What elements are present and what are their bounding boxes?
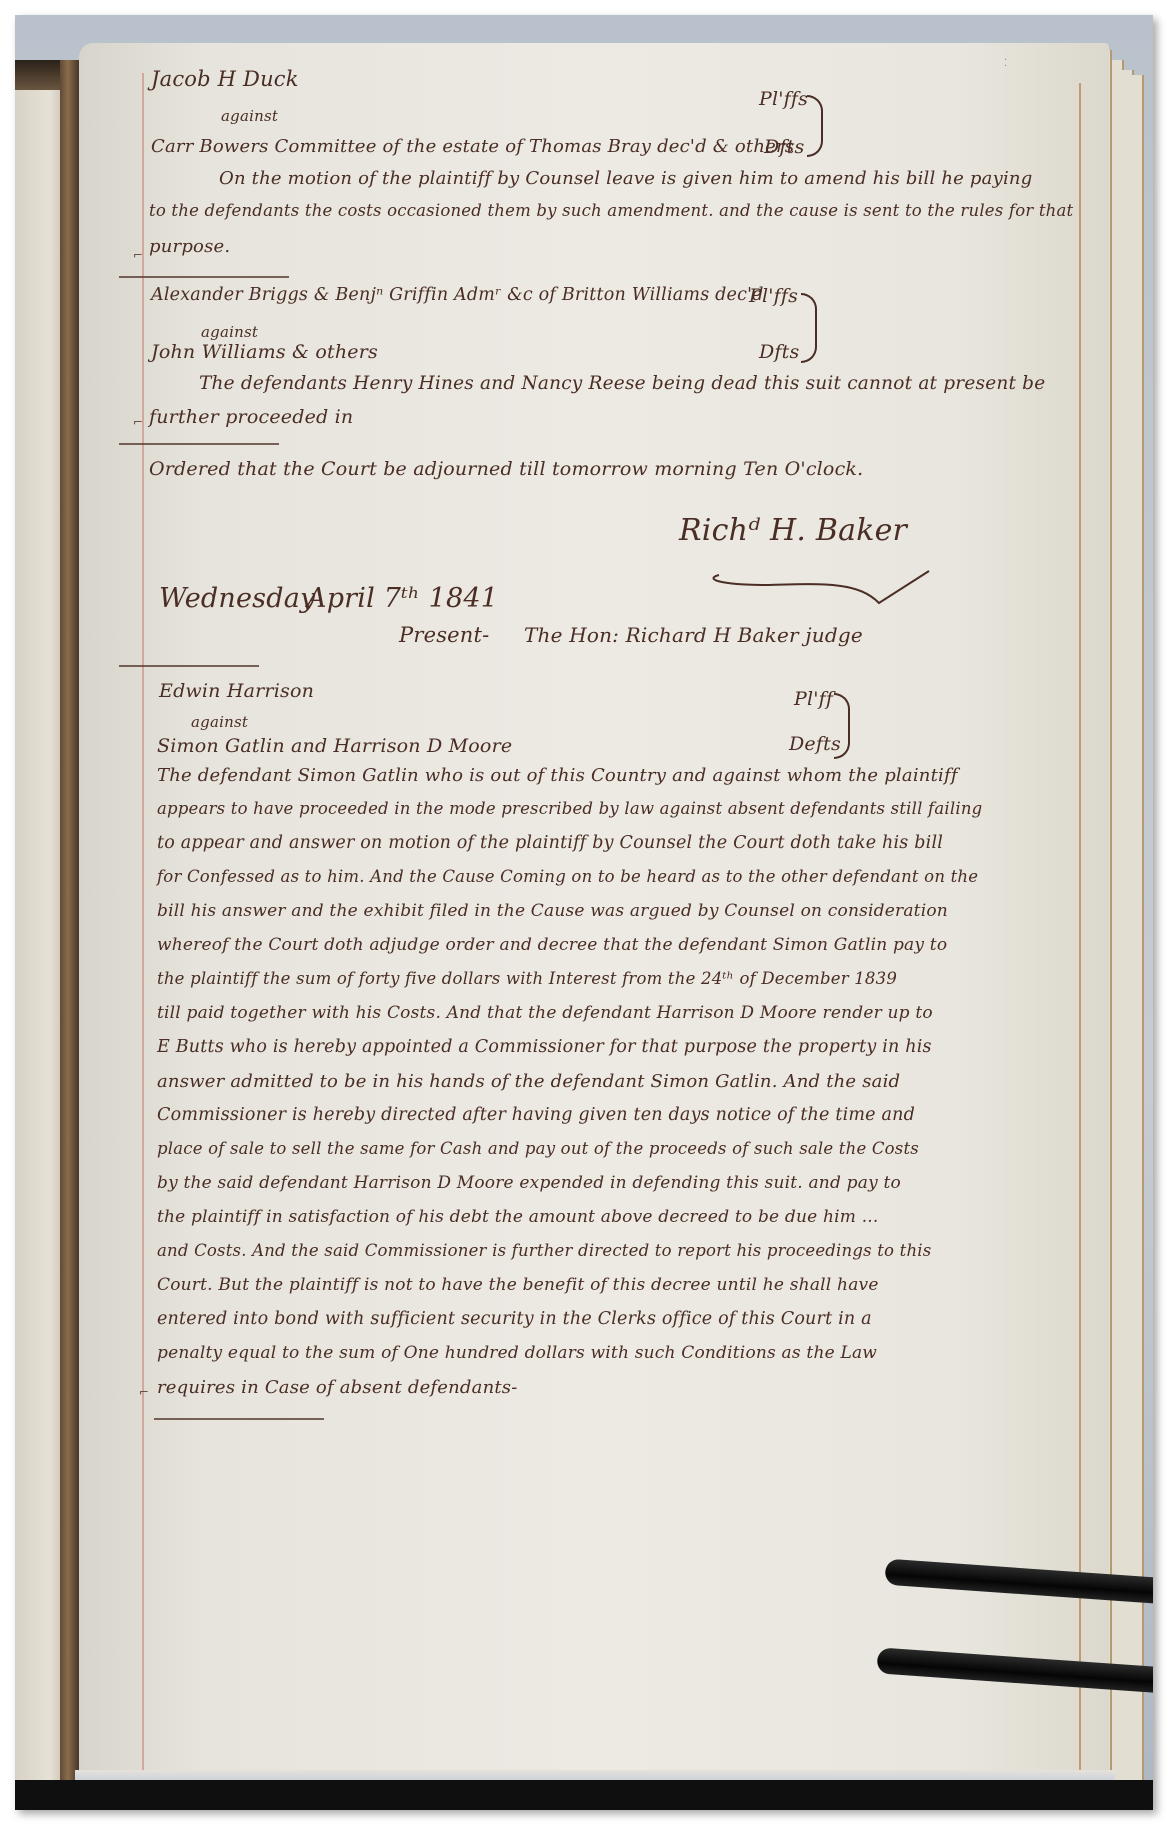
- main-body-line: bill his answer and the exhibit filed in…: [157, 901, 948, 921]
- main-body-line: entered into bond with sufficient securi…: [157, 1309, 872, 1329]
- case2-defendant-label: Dfts: [759, 341, 799, 363]
- case1-plaintiff-label: Pl'ffs: [759, 88, 808, 110]
- case2-body-line: The defendants Henry Hines and Nancy Ree…: [199, 373, 1045, 394]
- main-body-line: by the said defendant Harrison D Moore e…: [157, 1173, 901, 1193]
- main-body-line: the plaintiff in satisfaction of his deb…: [157, 1207, 879, 1227]
- main-body-line: answer admitted to be in his hands of th…: [157, 1071, 900, 1092]
- margin-tick: ⌐: [133, 248, 143, 262]
- main-body-line: E Butts who is hereby appointed a Commis…: [157, 1037, 932, 1057]
- case1-plaintiff: Jacob H Duck: [151, 67, 299, 91]
- ledger-photo: ⁚ Jacob H Duck against Carr Bowers Commi…: [15, 15, 1153, 1810]
- case2-versus: against: [201, 323, 258, 341]
- judge-signature: Richᵈ H. Baker: [679, 513, 907, 548]
- signature-flourish: [709, 563, 999, 608]
- entry-separator: [119, 276, 289, 278]
- main-body-line: The defendant Simon Gatlin who is out of…: [157, 765, 958, 786]
- case1-versus: against: [221, 107, 278, 125]
- case2-defendant: John Williams & others: [151, 341, 378, 363]
- main-defendant: Simon Gatlin and Harrison D Moore: [157, 735, 512, 757]
- case2-plaintiff-label: Pl'ffs: [749, 285, 798, 307]
- main-body-line: penalty equal to the sum of One hundred …: [157, 1343, 877, 1363]
- session-date: April 7ᵗʰ 1841: [307, 583, 498, 614]
- margin-tick: ⌐: [139, 1385, 149, 1399]
- case1-defendant: Carr Bowers Committee of the estate of T…: [151, 136, 794, 157]
- case-brace: [807, 95, 823, 157]
- case-brace: [834, 693, 850, 759]
- facing-page-edge: [15, 75, 65, 1810]
- case1-defendant-label: Dfts: [764, 136, 804, 158]
- page-stack-edge: [1132, 75, 1144, 1805]
- case2-body-line: further proceeded in: [149, 406, 353, 428]
- session-day: Wednesday: [159, 583, 315, 614]
- main-body-line: for Confessed as to him. And the Cause C…: [157, 867, 978, 886]
- case2-plaintiff: Alexander Briggs & Benjⁿ Griffin Admʳ &c…: [151, 285, 764, 305]
- present-judge: The Hon: Richard H Baker judge: [524, 623, 863, 647]
- main-body-line: Commissioner is hereby directed after ha…: [157, 1105, 915, 1125]
- book-spine: [60, 60, 80, 1810]
- main-body-line: the plaintiff the sum of forty five doll…: [157, 969, 897, 988]
- main-body-line: till paid together with his Costs. And t…: [157, 1003, 933, 1023]
- case1-body-line: to the defendants the costs occasioned t…: [149, 201, 1073, 220]
- main-versus: against: [191, 713, 248, 731]
- main-body-line: whereof the Court doth adjudge order and…: [157, 935, 947, 955]
- ledger-page: ⁚ Jacob H Duck against Carr Bowers Commi…: [79, 43, 1109, 1778]
- right-margin-rule: [1079, 83, 1081, 1810]
- main-plaintiff-label: Pl'ff: [794, 688, 833, 710]
- margin-rule: [142, 73, 144, 1810]
- table-surface: [15, 1780, 1153, 1810]
- main-body-line: requires in Case of absent defendants-: [157, 1377, 518, 1398]
- margin-tick: ⌐: [133, 415, 143, 429]
- main-body-line: to appear and answer on motion of the pl…: [157, 833, 943, 853]
- main-body-line: appears to have proceeded in the mode pr…: [157, 799, 982, 818]
- page-number-mark: ⁚: [1004, 58, 1007, 69]
- main-body-line: Court. But the plaintiff is not to have …: [157, 1275, 879, 1295]
- present-label: Present-: [399, 623, 489, 647]
- case1-body-line: purpose.: [149, 236, 230, 257]
- entry-separator: [119, 665, 259, 667]
- entry-separator: [154, 1418, 324, 1420]
- entry-separator: [119, 443, 279, 445]
- main-plaintiff: Edwin Harrison: [159, 680, 314, 702]
- main-body-line: place of sale to sell the same for Cash …: [157, 1139, 919, 1158]
- case1-body-line: On the motion of the plaintiff by Counse…: [219, 168, 1032, 189]
- main-body-line: and Costs. And the said Commissioner is …: [157, 1241, 931, 1260]
- case-brace: [801, 293, 817, 363]
- adjournment-order: Ordered that the Court be adjourned till…: [149, 458, 863, 480]
